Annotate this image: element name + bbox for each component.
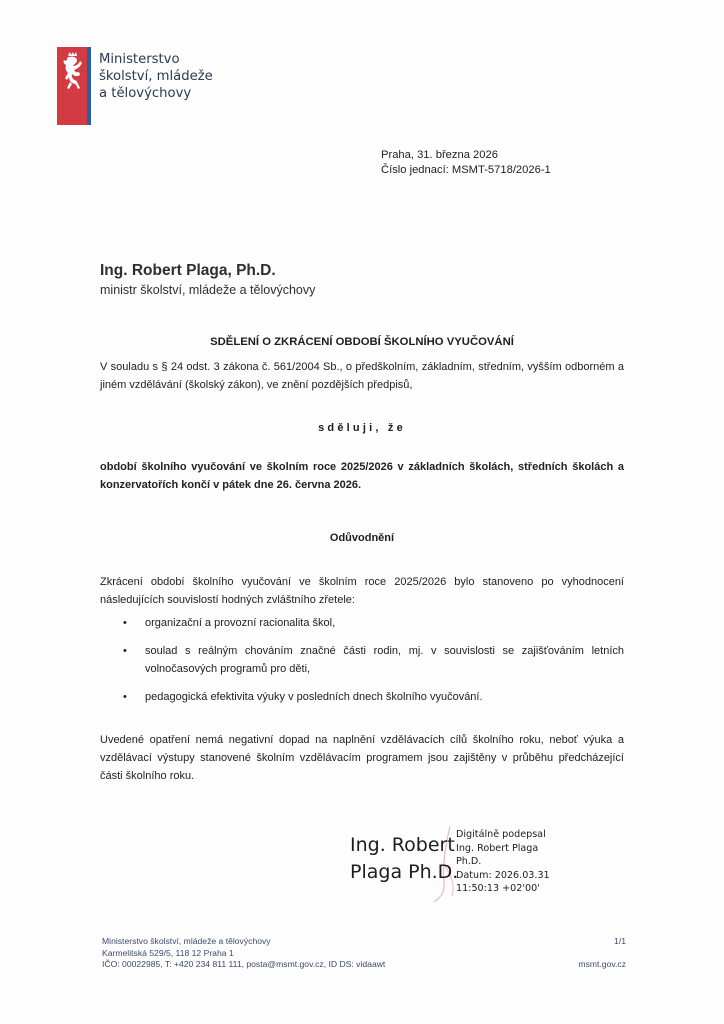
footer-contacts: IČO: 00022985, T: +420 234 811 111, post…: [102, 959, 626, 971]
reference-number: Číslo jednací: MSMT-5718/2026-1: [381, 163, 551, 178]
document-title: SDĚLENÍ O ZKRÁCENÍ OBDOBÍ ŠKOLNÍHO VYUČO…: [100, 336, 624, 348]
website-link[interactable]: msmt.gov.cz: [578, 959, 626, 971]
bullet-icon: •: [123, 642, 127, 660]
page-number: 1/1: [614, 936, 626, 948]
list-item: •soulad s reálným chováním značné části …: [100, 642, 624, 678]
decision-paragraph: období školního vyučování ve školním roc…: [100, 458, 624, 494]
footer: 1/1 msmt.gov.cz Ministerstvo školství, m…: [102, 936, 626, 971]
org-line: školství, mládeže: [99, 68, 213, 85]
bullet-icon: •: [123, 688, 127, 706]
conclusion-paragraph: Uvedené opatření nemá negativní dopad na…: [100, 731, 624, 785]
minister-name: Ing. Robert Plaga, Ph.D.: [100, 261, 315, 280]
logo-blue-stripe: [87, 47, 91, 125]
bullet-icon: •: [123, 614, 127, 632]
footer-address: Karmelitská 529/5, 118 12 Praha 1: [102, 948, 626, 960]
justification-heading: Odůvodnění: [100, 532, 624, 544]
reasons-list: •organizační a provozní racionalita škol…: [100, 614, 624, 706]
minister-role: ministr školství, mládeže a tělovýchovy: [100, 281, 315, 299]
lion-icon: [61, 52, 85, 94]
ministry-logo: [57, 47, 91, 125]
list-item: •organizační a provozní racionalita škol…: [100, 614, 624, 632]
document-page: Ministerstvo školství, mládeže a tělovýc…: [0, 0, 724, 1024]
signer-name: Ing. Robert Plaga Ph.D.: [350, 832, 458, 886]
org-line: Ministerstvo: [99, 51, 213, 68]
justification-intro: Zkrácení období školního vyučování ve šk…: [100, 573, 624, 609]
ministry-name: Ministerstvo školství, mládeže a tělovýc…: [99, 51, 213, 102]
intro-paragraph: V souladu s § 24 odst. 3 zákona č. 561/2…: [100, 358, 624, 394]
signature-details: Digitálně podepsal Ing. Robert Plaga Ph.…: [456, 828, 550, 896]
document-meta: Praha, 31. března 2026 Číslo jednací: MS…: [381, 148, 551, 178]
minister-block: Ing. Robert Plaga, Ph.D. ministr školstv…: [100, 261, 315, 299]
org-line: a tělovýchovy: [99, 85, 213, 102]
list-item: •pedagogická efektivita výuky v poslední…: [100, 688, 624, 706]
place-date: Praha, 31. března 2026: [381, 148, 551, 163]
footer-org: Ministerstvo školství, mládeže a tělovýc…: [102, 936, 626, 948]
declaration: sděluji, že: [100, 422, 624, 434]
